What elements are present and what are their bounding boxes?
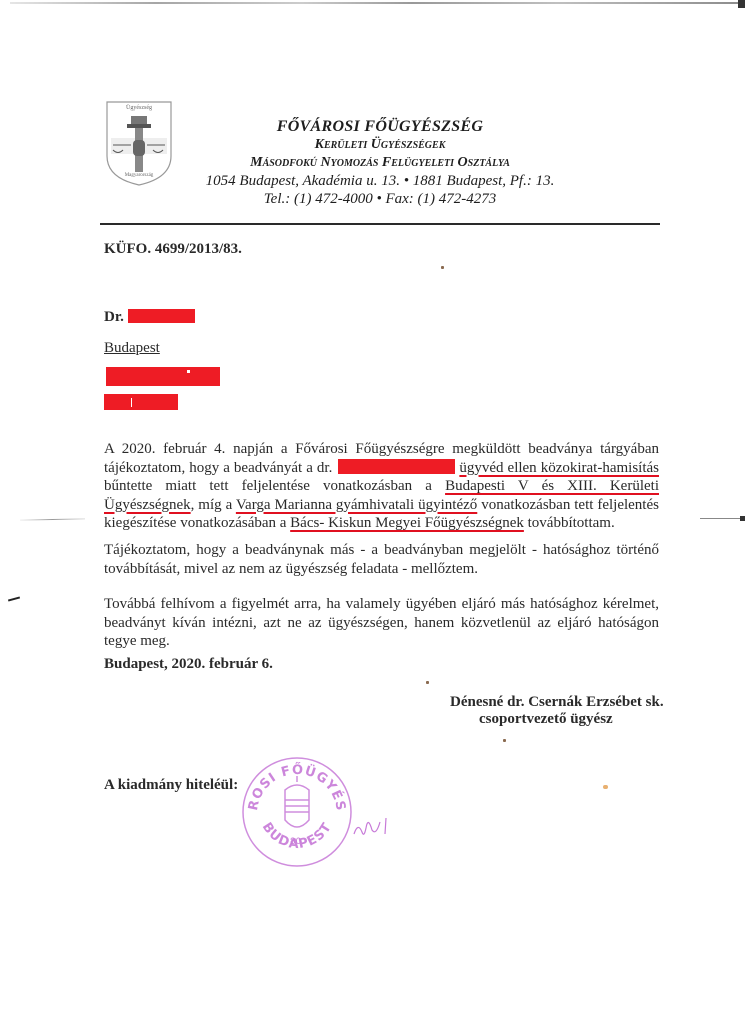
letterhead: FŐVÁROSI FŐÜGYÉSZSÉG Kerületi Ügyészsége… bbox=[190, 118, 570, 208]
signatory-title: csoportvezető ügyész bbox=[479, 711, 613, 728]
scan-speck bbox=[131, 398, 132, 407]
svg-text:Ügyészség: Ügyészség bbox=[126, 104, 152, 111]
date-line: Budapest, 2020. február 6. bbox=[104, 656, 273, 673]
org-name: FŐVÁROSI FŐÜGYÉSZSÉG bbox=[190, 118, 570, 136]
annotated-underline: Bács- Kiskun Megyei Főügyészségnek bbox=[290, 515, 524, 531]
svg-text:Magyarország: Magyarország bbox=[125, 173, 154, 178]
redacted-recipient-name bbox=[128, 309, 195, 323]
svg-text:80.: 80. bbox=[290, 837, 304, 847]
signatory-name: Dénesné dr. Csernák Erzsébet sk. bbox=[450, 694, 664, 711]
scan-speck bbox=[503, 739, 506, 742]
redacted-lawyer-name bbox=[336, 459, 455, 474]
body-paragraph-3: Továbbá felhívom a figyelmét arra, ha va… bbox=[104, 595, 659, 651]
scan-speck bbox=[603, 785, 608, 789]
org-address: 1054 Budapest, Akadémia u. 13. • 1881 Bu… bbox=[190, 172, 570, 190]
scan-corner-artifact bbox=[738, 0, 745, 8]
handwritten-initials-icon bbox=[350, 808, 390, 844]
recipient-title: Dr. bbox=[104, 309, 124, 326]
scan-speck bbox=[187, 370, 190, 373]
recipient-city: Budapest bbox=[104, 340, 160, 357]
annotated-underline: ügyvéd ellen közokirat-hamisítás bbox=[459, 460, 659, 476]
official-stamp-icon: FŐVÁROSI FŐÜGYÉSZSÉG BUDAPEST 80. bbox=[237, 752, 357, 872]
reference-number: KÜFO. 4699/2013/83. bbox=[104, 241, 242, 258]
prosecution-emblem-icon: Ügyészség Magyarország bbox=[103, 98, 175, 188]
redacted-recipient-postcode bbox=[104, 394, 178, 410]
annotated-underline: Varga Marianna gyámhivatali ügyintéző bbox=[236, 497, 477, 513]
scan-edge-artifact bbox=[10, 2, 740, 4]
scan-margin-mark bbox=[700, 518, 740, 519]
division-name: Kerületi Ügyészségek bbox=[190, 136, 570, 154]
scan-margin-mark bbox=[8, 596, 20, 601]
scan-margin-mark bbox=[20, 518, 85, 520]
certification-label: A kiadmány hiteléül: bbox=[104, 777, 238, 794]
scan-speck bbox=[426, 681, 429, 684]
scan-speck bbox=[441, 266, 444, 269]
body-paragraph-2: Tájékoztatom, hogy a beadványnak más - a… bbox=[104, 541, 659, 578]
department-name: Másodfokú Nyomozás Felügyeleti Osztálya bbox=[190, 154, 570, 172]
body-paragraph-1: A 2020. február 4. napján a Fővárosi Főü… bbox=[104, 440, 659, 533]
org-contact: Tel.: (1) 472-4000 • Fax: (1) 472-4273 bbox=[190, 190, 570, 208]
scan-margin-mark bbox=[740, 516, 745, 521]
redacted-recipient-street bbox=[106, 367, 220, 386]
svg-text:FŐVÁROSI FŐÜGYÉSZSÉG: FŐVÁROSI FŐÜGYÉSZSÉG bbox=[237, 752, 348, 813]
header-divider bbox=[100, 223, 660, 225]
